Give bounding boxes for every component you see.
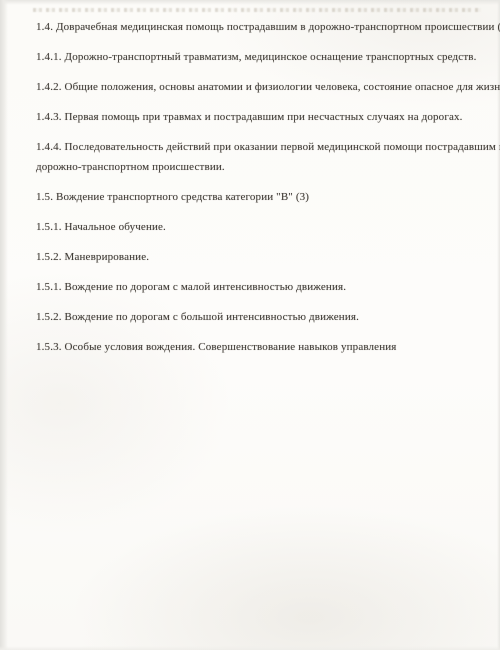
scanned-document-page: 1.4. Доврачебная медицинская помощь пост… <box>0 0 500 650</box>
document-paragraph: 1.4.2. Общие положения, основы анатомии … <box>36 77 486 97</box>
scan-edge-top <box>0 0 500 5</box>
document-paragraph: 1.4.4. Последовательность действий при о… <box>36 137 486 177</box>
document-paragraph: 1.5.1. Начальное обучение. <box>36 217 486 237</box>
paragraph-line: 1.4.2. Общие положения, основы анатомии … <box>36 77 486 97</box>
scan-edge-left <box>0 0 8 650</box>
paragraph-line: 1.5.2. Маневрирование. <box>36 247 486 267</box>
cutoff-text-remnant <box>33 8 481 12</box>
document-paragraph: 1.5.2. Маневрирование. <box>36 247 486 267</box>
document-paragraph: 1.5.3. Особые условия вождения. Совершен… <box>36 337 486 357</box>
paragraph-line: дорожно-транспортном происшествии. <box>36 157 486 177</box>
paragraph-line: 1.5.1. Начальное обучение. <box>36 217 486 237</box>
paragraph-line: 1.5.2. Вождение по дорогам с большой инт… <box>36 307 486 327</box>
document-body: 1.4. Доврачебная медицинская помощь пост… <box>36 17 486 367</box>
document-paragraph: 1.4.3. Первая помощь при травмах и постр… <box>36 107 486 127</box>
document-paragraph: 1.5. Вождение транспортного средства кат… <box>36 187 486 207</box>
paragraph-line: 1.4. Доврачебная медицинская помощь пост… <box>36 17 486 37</box>
paragraph-line: 1.5.3. Особые условия вождения. Совершен… <box>36 337 486 357</box>
document-paragraph: 1.4.1. Дорожно-транспортный травматизм, … <box>36 47 486 67</box>
scan-edge-bottom <box>0 646 500 650</box>
paragraph-line: 1.4.3. Первая помощь при травмах и постр… <box>36 107 486 127</box>
document-paragraph: 1.5.1. Вождение по дорогам с малой интен… <box>36 277 486 297</box>
paragraph-line: 1.4.4. Последовательность действий при о… <box>36 137 486 157</box>
paragraph-line: 1.4.1. Дорожно-транспортный травматизм, … <box>36 47 486 67</box>
document-paragraph: 1.5.2. Вождение по дорогам с большой инт… <box>36 307 486 327</box>
paragraph-line: 1.5. Вождение транспортного средства кат… <box>36 187 486 207</box>
document-paragraph: 1.4. Доврачебная медицинская помощь пост… <box>36 17 486 37</box>
paragraph-line: 1.5.1. Вождение по дорогам с малой интен… <box>36 277 486 297</box>
